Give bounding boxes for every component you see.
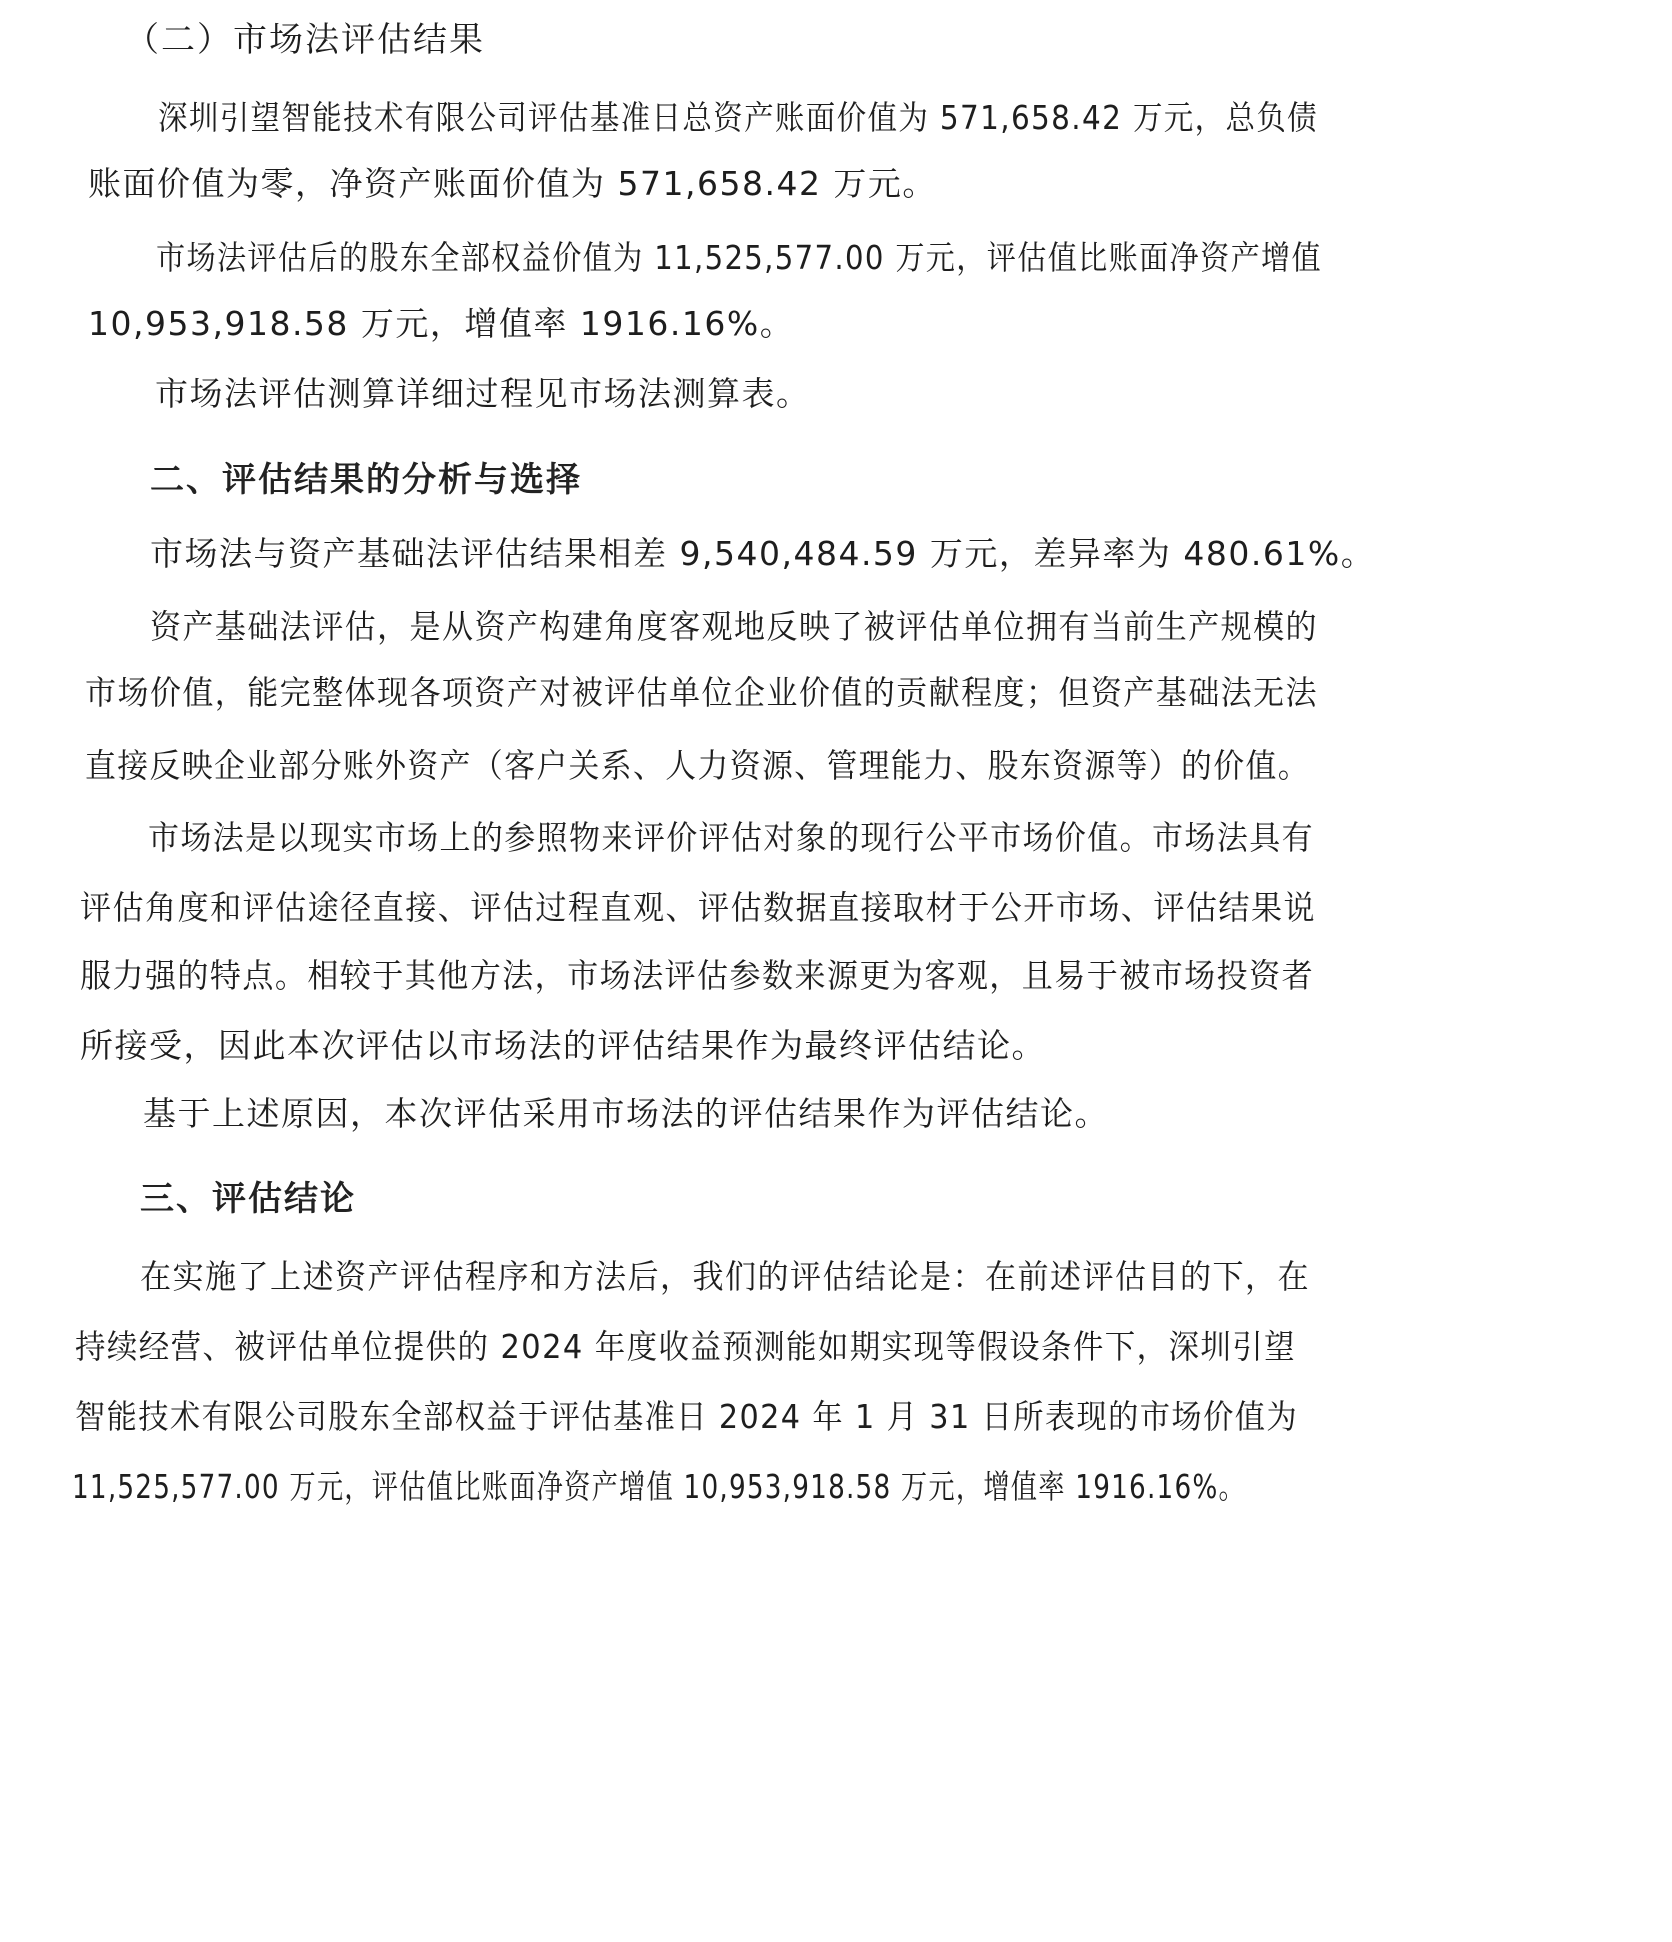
paragraph-line: 服力强的特点。相较于其他方法，市场法评估参数来源更为客观，且易于被市场投资者 (80, 954, 1314, 998)
paragraph-line: 市场法评估测算详细过程见市场法测算表。 (155, 372, 811, 416)
paragraph-line: 在实施了上述资产评估程序和方法后，我们的评估结论是：在前述评估目的下，在 (140, 1255, 1310, 1299)
paragraph-line: 深圳引望智能技术有限公司评估基准日总资产账面价值为 571,658.42 万元，… (158, 96, 1318, 140)
section-heading-analysis-selection: 二、评估结果的分析与选择 (150, 458, 582, 502)
paragraph-line: 直接反映企业部分账外资产（客户关系、人力资源、管理能力、股东资源等）的价值。 (85, 744, 1310, 788)
paragraph-line: 基于上述原因，本次评估采用市场法的评估结果作为评估结论。 (143, 1092, 1109, 1136)
paragraph-line: 评估角度和评估途径直接、评估过程直观、评估数据直接取材于公开市场、评估结果说 (80, 886, 1316, 930)
paragraph-line: 11,525,577.00 万元，评估值比账面净资产增值 10,953,918.… (72, 1465, 1246, 1509)
section-heading-market-approach-result: （二）市场法评估结果 (125, 18, 485, 62)
paragraph-line: 所接受，因此本次评估以市场法的评估结果作为最终评估结论。 (80, 1024, 1046, 1068)
paragraph-line: 市场法与资产基础法评估结果相差 9,540,484.59 万元，差异率为 480… (150, 532, 1375, 576)
section-heading-conclusion: 三、评估结论 (140, 1177, 356, 1221)
paragraph-line: 智能技术有限公司股东全部权益于评估基准日 2024 年 1 月 31 日所表现的… (75, 1395, 1298, 1439)
paragraph-line: 10,953,918.58 万元，增值率 1916.16%。 (88, 302, 794, 346)
paragraph-line: 市场法是以现实市场上的参照物来评价评估对象的现行公平市场价值。市场法具有 (148, 816, 1314, 860)
paragraph-line: 市场价值，能完整体现各项资产对被评估单位企业价值的贡献程度；但资产基础法无法 (85, 671, 1318, 715)
paragraph-line: 账面价值为零，净资产账面价值为 571,658.42 万元。 (88, 162, 937, 206)
document-page: （二）市场法评估结果 深圳引望智能技术有限公司评估基准日总资产账面价值为 571… (0, 0, 1672, 1942)
paragraph-line: 资产基础法评估，是从资产构建角度客观地反映了被评估单位拥有当前生产规模的 (150, 605, 1318, 649)
paragraph-line: 持续经营、被评估单位提供的 2024 年度收益预测能如期实现等假设条件下，深圳引… (75, 1325, 1296, 1369)
paragraph-line: 市场法评估后的股东全部权益价值为 11,525,577.00 万元，评估值比账面… (156, 236, 1322, 280)
